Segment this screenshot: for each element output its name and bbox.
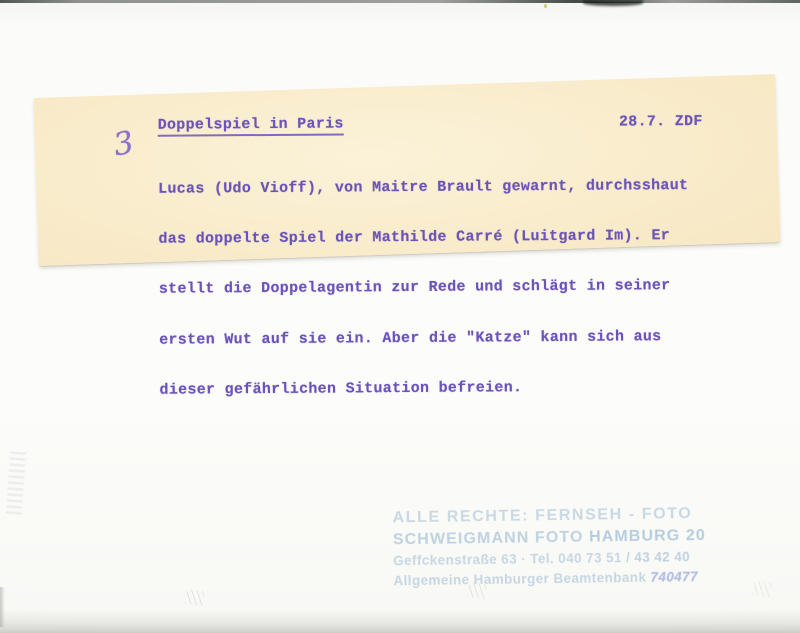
caption-body-line: stellt die Doppelagentin zur Rede und sc… xyxy=(159,278,719,299)
handwritten-index-number: 3 xyxy=(111,124,137,163)
stamp-bank-line: Allgemeine Hamburger Beamtenbank 740477 xyxy=(393,567,723,592)
caption-slip: 3 Doppelspiel in Paris 28.7. ZDF Lucas (… xyxy=(33,74,780,266)
faint-scratch-mark xyxy=(185,589,205,606)
stamp-agency-name: SCHWEIGMANN FOTO xyxy=(393,529,589,549)
caption-body-line: ersten Wut auf sie ein. Aber die "Katze"… xyxy=(159,329,719,350)
photo-top-edge-smudge xyxy=(583,0,643,6)
agency-rights-stamp: ALLE RECHTE: FERNSEH - FOTO SCHWEIGMANN … xyxy=(392,503,723,592)
photo-top-edge xyxy=(0,0,800,3)
photo-bottom-left-edge xyxy=(0,587,5,627)
caption-body-line: Lucas (Udo Vioff), von Maitre Brault gew… xyxy=(158,177,718,198)
caption-date-channel: 28.7. ZDF xyxy=(619,113,703,131)
stamp-agency-city: HAMBURG 20 xyxy=(589,527,706,546)
press-photo-back: 3 Doppelspiel in Paris 28.7. ZDF Lucas (… xyxy=(0,0,800,633)
caption-body-line: das doppelte Spiel der Mathilde Carré (L… xyxy=(158,228,718,249)
faint-edge-marking xyxy=(6,452,26,515)
photo-bottom-shading xyxy=(0,609,800,633)
stamp-bank-name: Allgemeine Hamburger Beamtenbank xyxy=(393,570,650,589)
caption-title: Doppelspiel in Paris xyxy=(158,115,344,136)
faint-scratch-mark xyxy=(467,582,487,599)
stamp-phone-number: 43 42 40 xyxy=(634,549,690,565)
caption-title-row: Doppelspiel in Paris 28.7. ZDF xyxy=(158,113,703,137)
paper-speck xyxy=(544,4,547,8)
caption-body: Lucas (Udo Vioff), von Maitre Brault gew… xyxy=(158,144,720,433)
stamp-account-number: 740477 xyxy=(650,569,698,585)
faint-scratch-mark xyxy=(752,580,772,597)
caption-slip-content: 3 Doppelspiel in Paris 28.7. ZDF Lucas (… xyxy=(35,83,778,256)
caption-body-line: dieser gefährlichen Situation befreien. xyxy=(159,379,719,400)
stamp-street-phone: Geffckenstraße 63 · Tel. 040 73 51 / xyxy=(393,550,634,568)
